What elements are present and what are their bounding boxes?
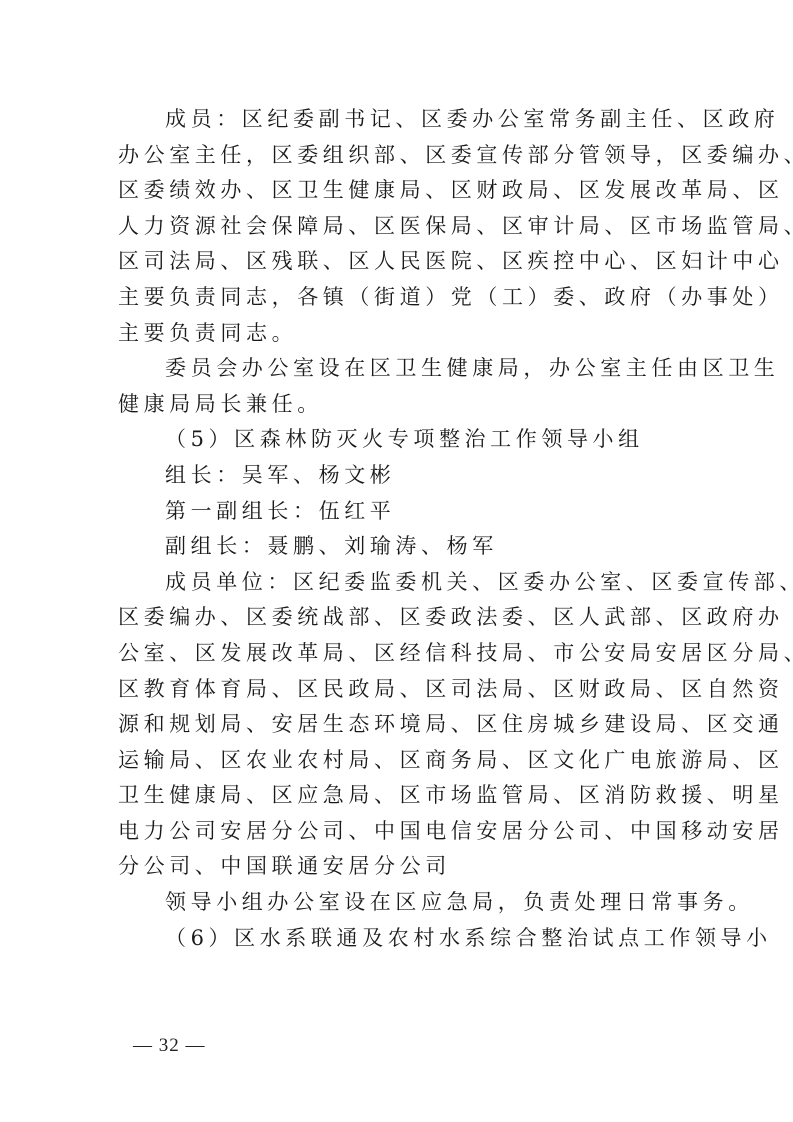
text-line: 区委绩效办、区卫生健康局、区财政局、区发展改革局、区: [118, 173, 674, 209]
text-line: 公室、区发展改革局、区经信科技局、市公安局安居区分局、: [118, 636, 674, 672]
text-line: 区司法局、区残联、区人民医院、区疾控中心、区妇计中心: [118, 244, 674, 280]
text-line: 分公司、中国联通安居分公司: [118, 849, 674, 885]
text-line: 电力公司安居分公司、中国电信安居分公司、中国移动安居: [118, 814, 674, 850]
document-page: 成员：区纪委副书记、区委办公室常务副主任、区政府 办公室主任，区委组织部、区委宣…: [0, 0, 793, 1122]
text-line-group-office: 领导小组办公室设在区应急局，负责处理日常事务。: [118, 885, 674, 921]
text-line: 卫生健康局、区应急局、区市场监管局、区消防救援、明星: [118, 778, 674, 814]
text-line-member-units: 成员单位：区纪委监委机关、区委办公室、区委宣传部、: [118, 565, 674, 601]
text-line-committee-office: 委员会办公室设在区卫生健康局，办公室主任由区卫生: [118, 351, 674, 387]
text-line: 健康局局长兼任。: [118, 387, 674, 423]
page-number: — 32 —: [133, 1035, 206, 1057]
text-line: 人力资源社会保障局、区医保局、区审计局、区市场监管局、: [118, 209, 674, 245]
text-line: 办公室主任，区委组织部、区委宣传部分管领导，区委编办、: [118, 138, 674, 174]
body-text: 成员：区纪委副书记、区委办公室常务副主任、区政府 办公室主任，区委组织部、区委宣…: [118, 102, 674, 956]
text-line-group-leader: 组长：吴军、杨文彬: [118, 458, 674, 494]
text-line-deputy-leaders: 副组长：聂鹏、刘瑜涛、杨军: [118, 529, 674, 565]
text-line-members: 成员：区纪委副书记、区委办公室常务副主任、区政府: [118, 102, 674, 138]
text-line: 区教育体育局、区民政局、区司法局、区财政局、区自然资: [118, 672, 674, 708]
text-line: 主要负责同志，各镇（街道）党（工）委、政府（办事处）: [118, 280, 674, 316]
text-line: 源和规划局、安居生态环境局、区住房城乡建设局、区交通: [118, 707, 674, 743]
text-line: 运输局、区农业农村局、区商务局、区文化广电旅游局、区: [118, 743, 674, 779]
text-line: 主要负责同志。: [118, 316, 674, 352]
section-heading-6: （6）区水系联通及农村水系综合整治试点工作领导小: [118, 921, 674, 957]
text-line: 区委编办、区委统战部、区委政法委、区人武部、区政府办: [118, 600, 674, 636]
text-line-first-deputy-leader: 第一副组长：伍红平: [118, 494, 674, 530]
section-heading-5: （5）区森林防灭火专项整治工作领导小组: [118, 422, 674, 458]
